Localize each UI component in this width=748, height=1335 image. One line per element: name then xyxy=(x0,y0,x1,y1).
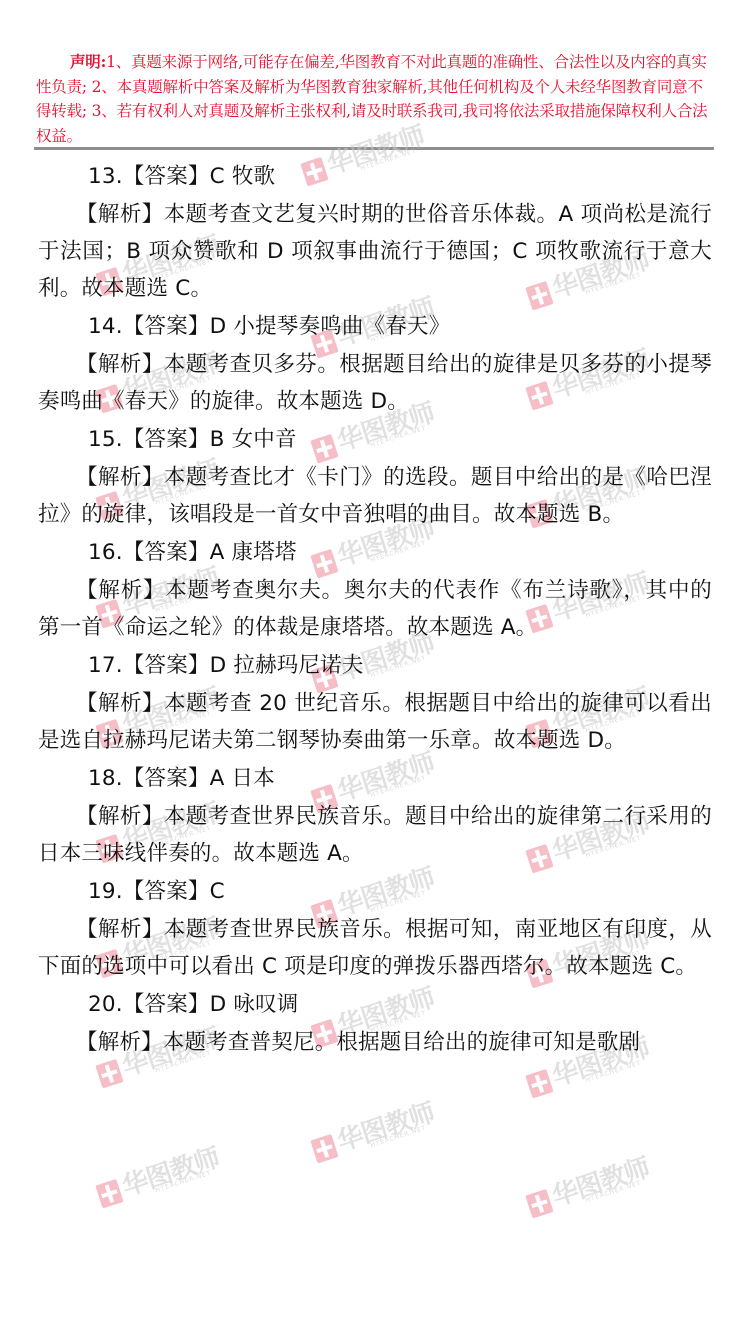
question-14: 14.【答案】D 小提琴奏鸣曲《春天》 【解析】本题考查贝多芬。根据题目给出的旋… xyxy=(82,308,712,420)
question-16: 16.【答案】A 康塔塔 【解析】本题考查奥尔夫。奥尔夫的代表作《布兰诗歌》，其… xyxy=(82,534,712,646)
question-15: 15.【答案】B 女中音 【解析】本题考查比才《卡门》的选段。题目中给出的是《哈… xyxy=(82,421,712,533)
question-17: 17.【答案】D 拉赫玛尼诺夫 【解析】本题考查 20 世纪音乐。根据题目中给出… xyxy=(82,647,712,759)
question-13: 13.【答案】C 牧歌 【解析】本题考查文艺复兴时期的世俗音乐体裁。A 项尚松是… xyxy=(82,158,712,307)
answer-key: 13.【答案】C 牧歌 【解析】本题考查文艺复兴时期的世俗音乐体裁。A 项尚松是… xyxy=(82,158,712,1062)
answer-line: 17.【答案】D 拉赫玛尼诺夫 xyxy=(82,647,712,684)
watermark: 华图教师HTEACHER.NET xyxy=(522,1138,679,1228)
answer-line: 20.【答案】D 咏叹调 xyxy=(82,986,712,1023)
document-page: 声明:1、真题来源于网络,可能存在偏差,华图教育不对此真题的准确性、合法性以及内… xyxy=(0,0,748,1335)
analysis-paragraph: 【解析】本题考查世界民族音乐。题目中给出的旋律第二行采用的日本三味线伴奏的。故本… xyxy=(38,798,712,872)
watermark-logo-icon xyxy=(95,1179,123,1209)
answer-line: 15.【答案】B 女中音 xyxy=(82,421,712,458)
watermark: 华图教师HTEACHER.NET xyxy=(307,1083,464,1173)
disclaimer-notice: 声明:1、真题来源于网络,可能存在偏差,华图教育不对此真题的准确性、合法性以及内… xyxy=(36,50,714,148)
analysis-paragraph: 【解析】本题考查文艺复兴时期的世俗音乐体裁。A 项尚松是流行于法国；B 项众赞歌… xyxy=(38,196,712,307)
watermark: 华图教师HTEACHER.NET xyxy=(92,1128,249,1218)
analysis-paragraph: 【解析】本题考查 20 世纪音乐。根据题目中给出的旋律可以看出是选自拉赫玛尼诺夫… xyxy=(38,685,712,759)
analysis-paragraph: 【解析】本题考查普契尼。根据题目给出的旋律可知是歌剧 xyxy=(38,1024,712,1061)
disclaimer-text: 1、真题来源于网络,可能存在偏差,华图教育不对此真题的准确性、合法性以及内容的真… xyxy=(36,53,707,145)
answer-line: 14.【答案】D 小提琴奏鸣曲《春天》 xyxy=(82,308,712,345)
header-divider xyxy=(34,147,714,150)
watermark-logo-icon xyxy=(310,1134,338,1164)
answer-line: 19.【答案】C xyxy=(82,873,712,910)
answer-line: 16.【答案】A 康塔塔 xyxy=(82,534,712,571)
answer-line: 13.【答案】C 牧歌 xyxy=(82,158,712,195)
watermark-logo-icon xyxy=(525,1189,553,1219)
question-19: 19.【答案】C 【解析】本题考查世界民族音乐。根据可知，南亚地区有印度，从下面… xyxy=(82,873,712,985)
analysis-paragraph: 【解析】本题考查贝多芬。根据题目给出的旋律是贝多芬的小提琴奏鸣曲《春天》的旋律。… xyxy=(38,346,712,420)
question-18: 18.【答案】A 日本 【解析】本题考查世界民族音乐。题目中给出的旋律第二行采用… xyxy=(82,760,712,872)
disclaimer-label: 声明: xyxy=(70,52,106,71)
analysis-paragraph: 【解析】本题考查奥尔夫。奥尔夫的代表作《布兰诗歌》，其中的第一首《命运之轮》的体… xyxy=(38,572,712,646)
watermark-logo-icon xyxy=(95,1059,123,1089)
watermark-logo-icon xyxy=(525,1069,553,1099)
analysis-paragraph: 【解析】本题考查世界民族音乐。根据可知，南亚地区有印度，从下面的选项中可以看出 … xyxy=(38,911,712,985)
answer-line: 18.【答案】A 日本 xyxy=(82,760,712,797)
analysis-paragraph: 【解析】本题考查比才《卡门》的选段。题目中给出的是《哈巴涅拉》的旋律，该唱段是一… xyxy=(38,459,712,533)
question-20: 20.【答案】D 咏叹调 【解析】本题考查普契尼。根据题目给出的旋律可知是歌剧 xyxy=(82,986,712,1061)
